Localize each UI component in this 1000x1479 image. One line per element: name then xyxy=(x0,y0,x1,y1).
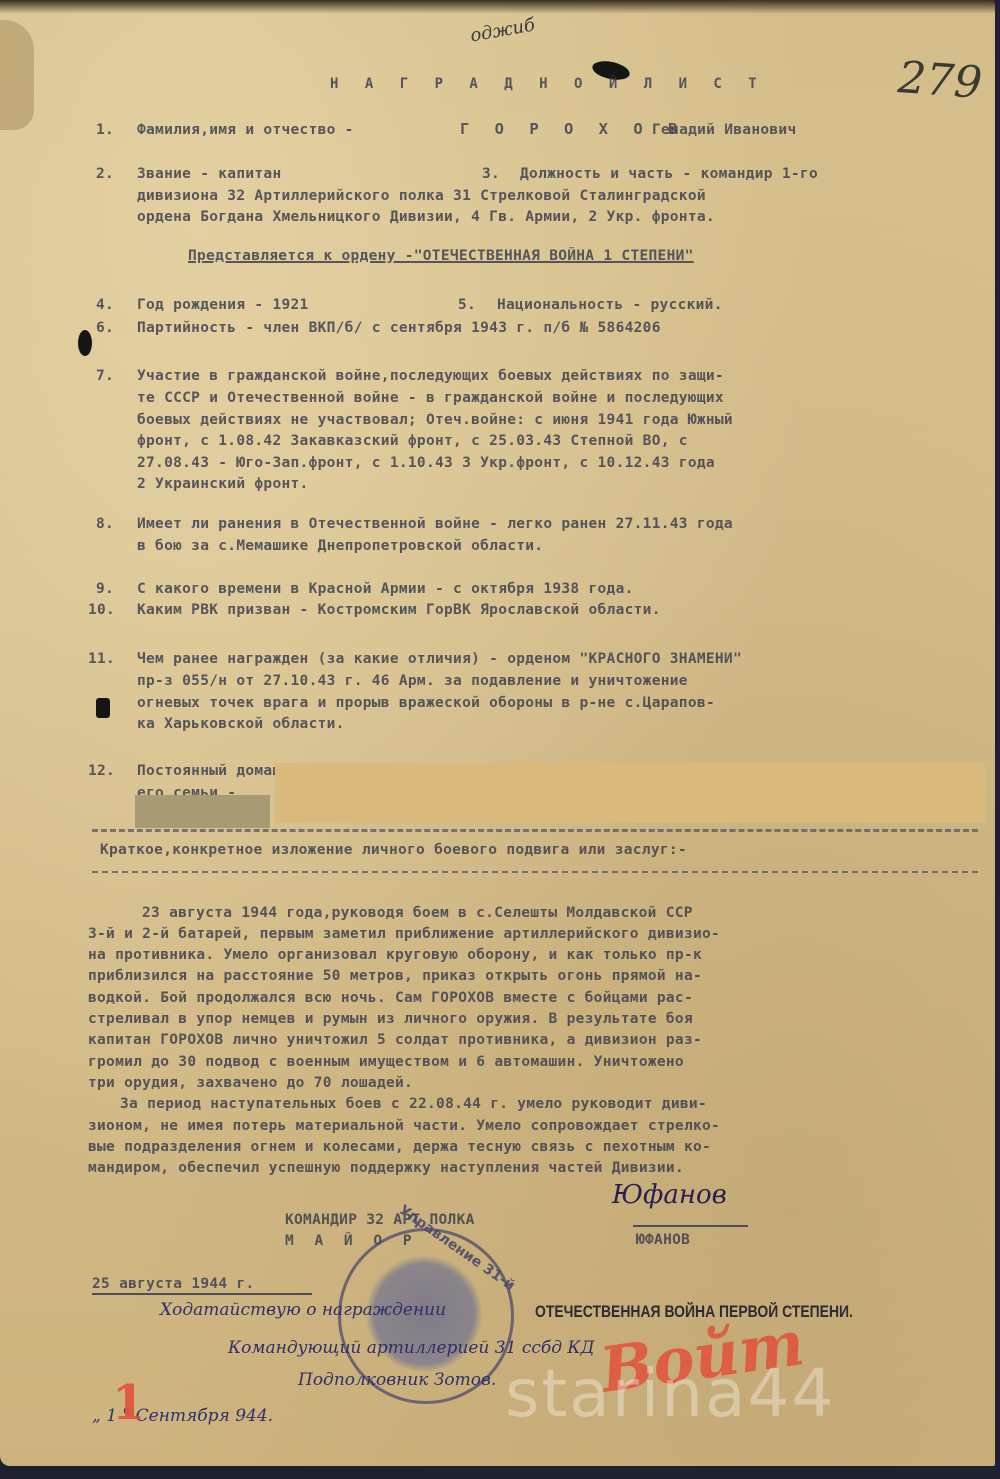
archive-number: 279 xyxy=(896,52,983,109)
field-4-number: 4. xyxy=(96,297,114,313)
field-5-nationality: Национальность - русский. xyxy=(497,297,723,313)
narrative-line: на противника. Умело организовал кругову… xyxy=(88,947,702,963)
torn-corner xyxy=(0,20,34,130)
field-3-unit-line-2: дивизиона 32 Артиллерийского полка 31 Ст… xyxy=(137,188,706,204)
field-11-number: 11. xyxy=(88,651,115,667)
document-title: Н А Г Р А Д Н О Й Л И С Т xyxy=(330,76,766,92)
separator-line xyxy=(92,871,978,873)
endorsement-rank-name: Подполковник Зотов. xyxy=(298,1370,496,1390)
field-10-number: 10. xyxy=(88,602,115,618)
narrative-line: капитан ГОРОХОВ лично уничтожил 5 солдат… xyxy=(88,1032,702,1048)
given-names: Генадий Иванович xyxy=(652,122,796,138)
redaction-box xyxy=(135,795,270,828)
commander-signature: Юфанов xyxy=(612,1180,727,1210)
field-7-line: фронт, с 1.08.42 Закавказский фронт, с 2… xyxy=(137,433,688,449)
field-6-number: 6. xyxy=(96,320,114,336)
summary-heading: Краткое,конкретное изложение личного бое… xyxy=(100,842,687,858)
ink-hole xyxy=(78,330,92,356)
field-7-number: 7. xyxy=(96,368,114,384)
field-9-number: 9. xyxy=(96,581,114,597)
narrative-line: громил до 30 подвод с военным имуществом… xyxy=(88,1054,684,1070)
field-3-number: 3. xyxy=(482,166,500,182)
field-4-birth-year: Год рождения - 1921 xyxy=(137,297,309,313)
commander-title: КОМАНДИР 32 АРТ ПОЛКА xyxy=(285,1212,475,1228)
narrative-line: зионом, не имея потерь материальной част… xyxy=(88,1118,720,1134)
field-9-service-start: С какого времени в Красной Армии - с окт… xyxy=(137,581,634,597)
ink-hole xyxy=(96,698,110,718)
narrative-line: приблизился на расстояние 50 метров, при… xyxy=(88,968,702,984)
narrative-line: три орудия, захвачено до 70 лошадей. xyxy=(88,1075,413,1091)
narrative-line: За период наступательных боев с 22.08.44… xyxy=(120,1096,707,1112)
redaction-box xyxy=(275,763,985,823)
date-underline xyxy=(92,1293,312,1295)
field-7-line: 27.08.43 - Юго-Зап.фронт, с 1.10.43 3 Ук… xyxy=(137,455,715,471)
typed-date: 25 августа 1944 г. xyxy=(92,1276,255,1292)
field-8-line: Имеет ли ранения в Отечественной войне -… xyxy=(137,516,733,532)
field-1-label: Фамилия,имя и отчество - xyxy=(137,122,354,138)
field-6-party: Партийность - член ВКП/б/ с сентября 194… xyxy=(137,320,661,336)
narrative-line: 3-й и 2-й батарей, первым заметил прибли… xyxy=(88,926,720,942)
field-8-line: в бою за с.Мемашике Днепропетровской обл… xyxy=(137,538,543,554)
field-3-unit-line-3: ордена Богдана Хмельницкого Дивизии, 4 Г… xyxy=(137,209,715,225)
narrative-line: стреливал в упор немцев и румын из лично… xyxy=(88,1011,693,1027)
field-11-line: ка Харьковской области. xyxy=(137,716,345,732)
field-7-line: те СССР и Отечественной войне - в гражда… xyxy=(137,390,724,406)
narrative-line: 23 августа 1944 года,руководя боем в с.С… xyxy=(142,905,693,921)
field-7-line: боевых действиях не участвовал; Отеч.вой… xyxy=(137,412,733,428)
field-5-number: 5. xyxy=(458,297,476,313)
field-8-number: 8. xyxy=(96,516,114,532)
watermark: starina44 xyxy=(505,1355,835,1432)
award-heading: Представляется к ордену -"ОТЕЧЕСТВЕННАЯ … xyxy=(188,248,694,264)
separator-line xyxy=(92,829,978,832)
field-11-line: пр-з 055/н от 27.10.43 г. 46 Арм. за под… xyxy=(137,673,688,689)
narrative-line: вые подразделения огнем и колесами, держ… xyxy=(88,1139,711,1155)
field-12-number: 12. xyxy=(88,763,115,779)
field-7-line: Участие в гражданской войне,последующих … xyxy=(137,368,724,384)
field-11-line: Чем ранее награжден (за какие отличия) -… xyxy=(137,651,742,667)
field-1-number: 1. xyxy=(96,122,114,138)
field-11-line: огневых точек врага и прорыв вражеской о… xyxy=(137,695,715,711)
narrative-line: мандиром, обеспечил успешную поддержку н… xyxy=(88,1160,684,1176)
narrative-line: водкой. Бой продолжался всю ночь. Сам ГО… xyxy=(88,990,693,1006)
signature-line xyxy=(633,1225,748,1227)
field-3-position: Должность и часть - командир 1-го xyxy=(520,166,818,182)
field-10-conscription: Каким РВК призван - Костромским ГорВК Яр… xyxy=(137,602,661,618)
endorsement-handwritten: Ходатайствую о награждении xyxy=(160,1300,446,1320)
endorsement-award-stamp: ОТЕЧЕСТВЕННАЯ ВОЙНА ПЕРВОЙ СТЕПЕНИ. xyxy=(535,1302,853,1322)
field-7-line: 2 Украинский фронт. xyxy=(137,476,309,492)
field-2-rank: Звание - капитан xyxy=(137,166,281,182)
commander-name: ЮФАНОВ xyxy=(636,1232,690,1248)
pencil-note: оджиб xyxy=(469,14,537,46)
field-2-number: 2. xyxy=(96,166,114,182)
red-pencil-number: 1 xyxy=(112,1375,145,1431)
award-sheet-paper: оджиб 279 Н А Г Р А Д Н О Й Л И С Т 1. Ф… xyxy=(0,0,995,1466)
